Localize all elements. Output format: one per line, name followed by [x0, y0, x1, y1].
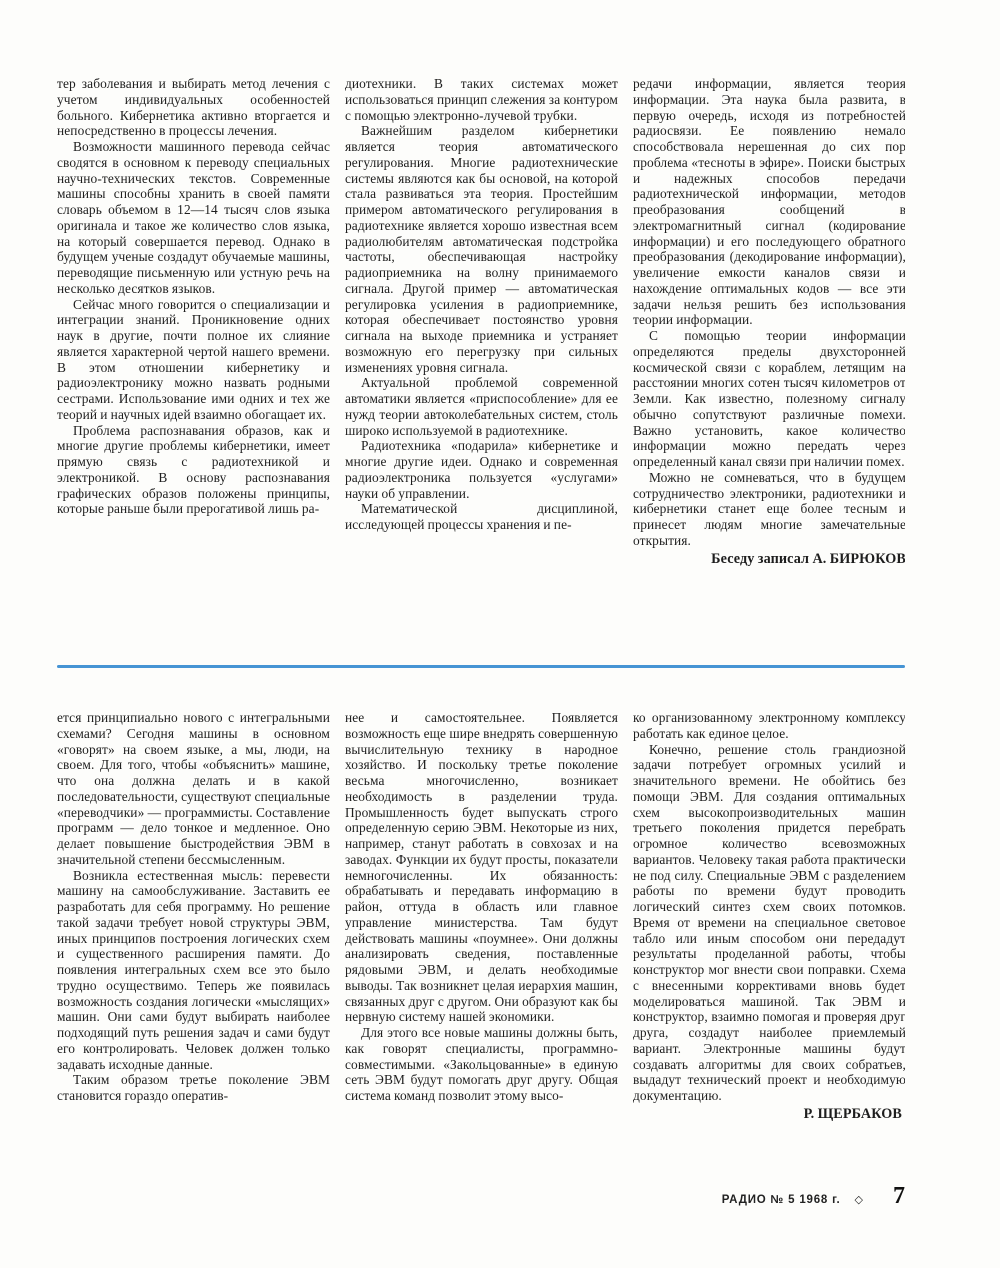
paragraph: нее и самостоятельнее. Появляется возмож…	[345, 710, 618, 1025]
paragraph: Проблема распознавания образов, как и мн…	[57, 423, 330, 518]
page-footer: РАДИО № 5 1968 г. ◇ 7	[57, 1184, 905, 1208]
bottom-article-column-2: нее и самостоятельнее. Появляется возмож…	[345, 710, 618, 1104]
paragraph: Конечно, решение столь грандиозной задач…	[633, 742, 905, 1104]
bottom-article-column-3: ко организованному электронному комплекс…	[633, 710, 905, 1123]
paragraph: редачи информации, является теория инфор…	[633, 76, 905, 328]
magazine-issue-label: РАДИО № 5 1968 г.	[722, 1194, 841, 1206]
top-article-column-3: редачи информации, является теория инфор…	[633, 76, 905, 567]
author-signature: Р. ЩЕРБАКОВ	[633, 1107, 905, 1123]
paragraph: Возможности машинного перевода сейчас св…	[57, 139, 330, 297]
paragraph: Радиотехника «подарила» кибернетике и мн…	[345, 438, 618, 501]
bottom-article-column-1: ется принципиально нового с интегральным…	[57, 710, 330, 1104]
top-article-column-2: диотехники. В таких системах может испол…	[345, 76, 618, 533]
bottom-article-block: ется принципиально нового с интегральным…	[57, 710, 905, 1184]
page-number: 7	[893, 1184, 905, 1208]
paragraph: С помощью теории информации определяются…	[633, 328, 905, 470]
top-article-column-1: тер заболевания и выбирать метод лечения…	[57, 76, 330, 517]
paragraph: ется принципиально нового с интегральным…	[57, 710, 330, 868]
paragraph: диотехники. В таких системах может испол…	[345, 76, 618, 123]
paragraph: Актуальной проблемой современной автомат…	[345, 375, 618, 438]
paragraph: Возникла естественная мысль: перевести м…	[57, 868, 330, 1073]
diamond-icon: ◇	[855, 1193, 863, 1206]
section-divider-rule	[57, 665, 905, 668]
top-article-block: тер заболевания и выбирать метод лечения…	[57, 76, 905, 614]
magazine-page: тер заболевания и выбирать метод лечения…	[0, 0, 1000, 1268]
author-signature: Беседу записал А. БИРЮКОВ	[633, 552, 905, 568]
paragraph: Можно не сомневаться, что в будущем сотр…	[633, 470, 905, 549]
paragraph: Для этого все новые машины должны быть, …	[345, 1025, 618, 1104]
paragraph: Важнейшим разделом кибернетики является …	[345, 123, 618, 375]
paragraph: Сейчас много говорится о специализации и…	[57, 297, 330, 423]
paragraph: тер заболевания и выбирать метод лечения…	[57, 76, 330, 139]
paragraph: ко организованному электронному комплекс…	[633, 710, 905, 742]
paragraph: Математической дисциплиной, исследующей …	[345, 501, 618, 533]
paragraph: Таким образом третье поколение ЭВМ стано…	[57, 1072, 330, 1104]
